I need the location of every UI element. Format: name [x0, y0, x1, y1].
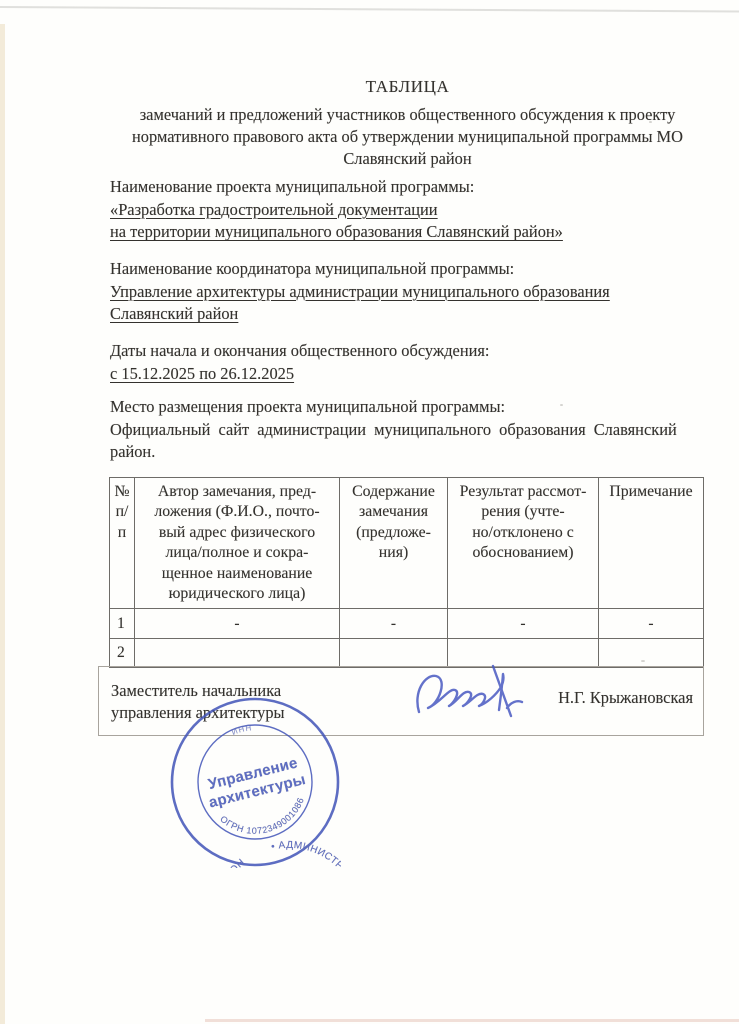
header-cell-result: Результат рассмот- рения (учте- но/откло…: [448, 478, 599, 609]
coordinator-label: Наименование координатора муниципальной …: [110, 258, 705, 281]
scan-top-edge-line: [0, 6, 739, 13]
header-cell-note: Примечание: [599, 478, 704, 609]
stamp-inn-text: ИНН: [230, 722, 254, 737]
header-cell-content: Содержание замечания (предложе- ния): [340, 478, 448, 609]
dates-label: Даты начала и окончания общественного об…: [110, 340, 705, 363]
section-coordinator: Наименование координатора муниципальной …: [110, 258, 705, 326]
scanned-document-page: ТАБЛИЦА замечаний и предложений участник…: [0, 0, 739, 1024]
table-cell: -: [135, 609, 340, 639]
document-subtitle: замечаний и предложений участников общес…: [110, 104, 705, 171]
table-row: 1 - - - -: [110, 609, 704, 639]
program-name-value-line1: «Разработка градостроительной документац…: [110, 199, 705, 222]
table-cell: -: [599, 609, 704, 639]
title-block: ТАБЛИЦА замечаний и предложений участник…: [110, 76, 705, 171]
table-cell: 2: [110, 639, 135, 668]
header-cell-author: Автор замечания, пред- ложения (Ф.И.О., …: [135, 478, 340, 609]
table-cell: [599, 639, 704, 668]
scan-left-edge-strip: [0, 24, 5, 1024]
dates-value: с 15.12.2025 по 26.12.2025: [110, 363, 705, 386]
coordinator-value-line2: Славянский район: [110, 303, 705, 326]
document-title: ТАБЛИЦА: [110, 76, 705, 98]
signer-name: Н.Г. Крыжановская: [558, 687, 693, 735]
table-cell: [135, 639, 340, 668]
section-program-name: Наименование проекта муниципальной прогр…: [110, 176, 705, 244]
coordinator-value-line1: Управление архитектуры администрации мун…: [110, 281, 705, 304]
comments-table: № п/п Автор замечания, пред- ложения (Ф.…: [109, 477, 704, 668]
placement-label: Место размещения проекта муниципальной п…: [110, 396, 705, 419]
scan-bottom-edge-line: [205, 1019, 739, 1022]
stamp-outer-circle: [169, 696, 341, 868]
section-dates: Даты начала и окончания общественного об…: [110, 340, 705, 385]
header-cell-number: № п/п: [110, 478, 135, 609]
svg-text:ИНН: ИНН: [230, 722, 254, 737]
signature-tail-stroke: [507, 701, 522, 708]
placement-value-line2: район.: [110, 441, 705, 464]
placement-value-line1: Официальный сайт администрации муниципал…: [110, 419, 705, 442]
program-name-value-line2: на территории муниципального образования…: [110, 221, 705, 244]
table-cell: -: [340, 609, 448, 639]
signature-stroke: [417, 674, 503, 712]
table-header-row: № п/п Автор замечания, пред- ложения (Ф.…: [110, 478, 704, 609]
table-cell: -: [448, 609, 599, 639]
handwritten-signature: [403, 650, 535, 742]
table-cell: 1: [110, 609, 135, 639]
official-round-stamp: • АДМИНИСТРАЦИЯ МУНИЦИПАЛЬНОГО ОБРАЗОВАН…: [169, 696, 341, 868]
section-placement: Место размещения проекта муниципальной п…: [110, 396, 705, 464]
program-name-label: Наименование проекта муниципальной прогр…: [110, 176, 705, 199]
